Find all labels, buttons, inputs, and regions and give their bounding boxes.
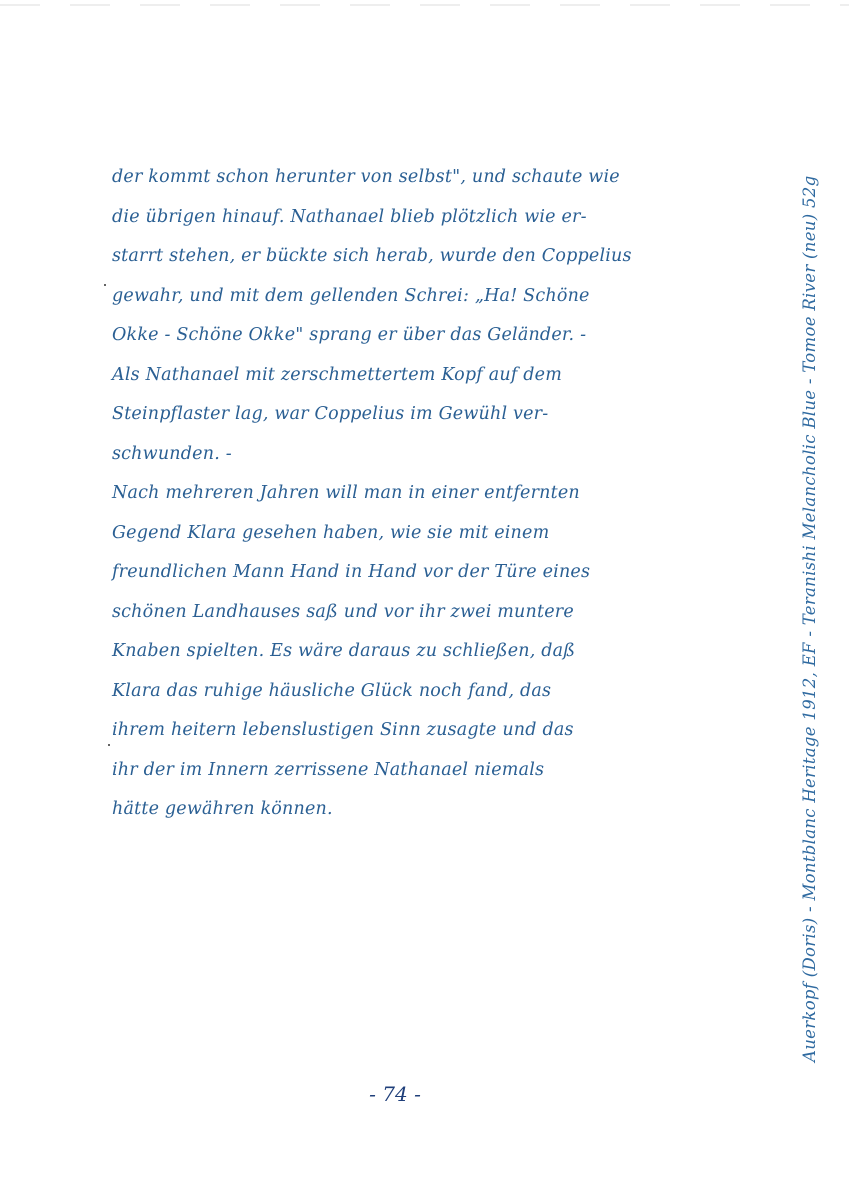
text-line: die übrigen hinauf. Nathanael blieb plöt… — [112, 198, 722, 238]
text-line: schwunden. - — [112, 435, 722, 475]
text-line: ihr der im Innern zerrissene Nathanael n… — [112, 751, 722, 791]
text-line: der kommt schon herunter von selbst", un… — [112, 158, 722, 198]
page-number: - 74 - — [355, 1082, 435, 1106]
text-line: Als Nathanael mit zerschmettertem Kopf a… — [112, 356, 722, 396]
text-line: Steinpflaster lag, war Coppelius im Gewü… — [112, 395, 722, 435]
text-line: freundlichen Mann Hand in Hand vor der T… — [112, 553, 722, 593]
ink-dot — [108, 744, 110, 746]
ink-dot — [104, 284, 106, 286]
handwritten-text-block: der kommt schon herunter von selbst", un… — [112, 158, 722, 830]
scan-top-edge — [0, 4, 849, 6]
text-line: starrt stehen, er bückte sich herab, wur… — [112, 237, 722, 277]
text-line: gewahr, und mit dem gellenden Schrei: „H… — [112, 277, 722, 317]
text-line: Klara das ruhige häusliche Glück noch fa… — [112, 672, 722, 712]
text-line: schönen Landhauses saß und vor ihr zwei … — [112, 593, 722, 633]
text-line: Gegend Klara gesehen haben, wie sie mit … — [112, 514, 722, 554]
text-line: Knaben spielten. Es wäre daraus zu schli… — [112, 632, 722, 672]
text-line: Nach mehreren Jahren will man in einer e… — [112, 474, 722, 514]
text-line: ihrem heitern lebenslustigen Sinn zusagt… — [112, 711, 722, 751]
text-line: hätte gewähren können. — [112, 790, 722, 830]
side-note-vertical: Auerkopf (Doris) - Montblanc Heritage 19… — [800, 176, 819, 1062]
text-line: Okke - Schöne Okke" sprang er über das G… — [112, 316, 722, 356]
